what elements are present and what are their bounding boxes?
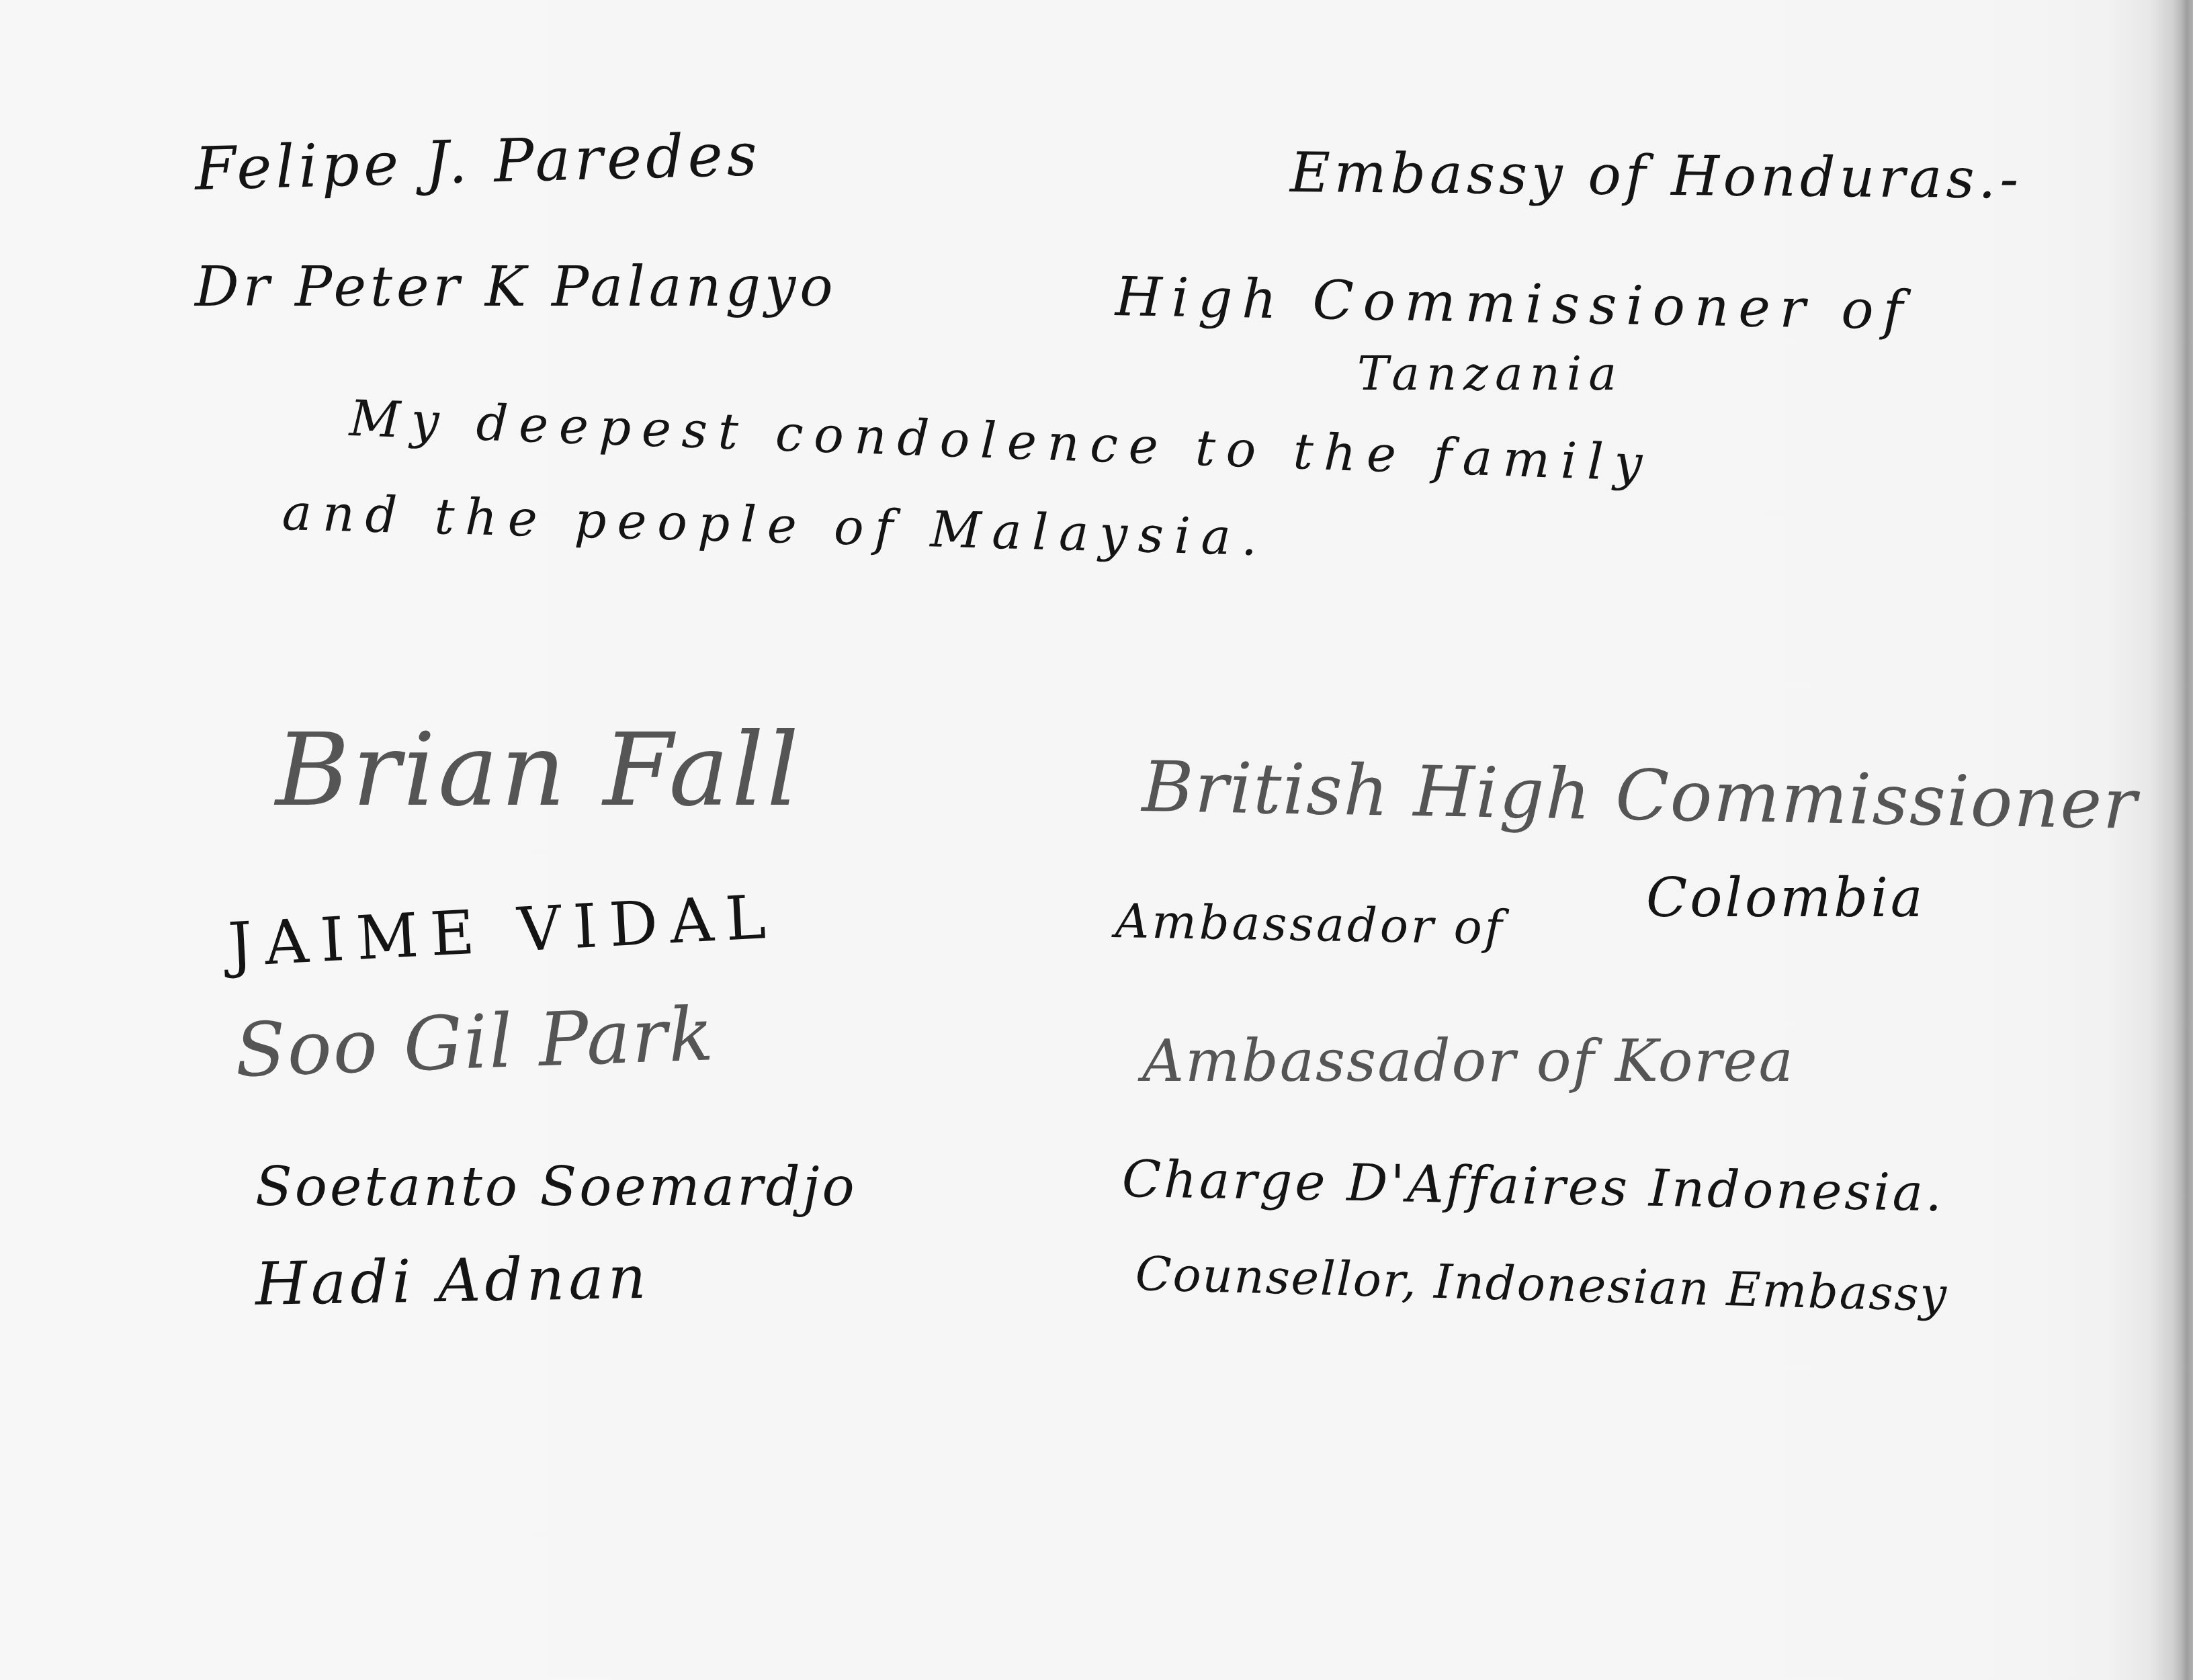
condolence-book-page: Felipe J. Paredes Embassy of Honduras.- … [0, 0, 2193, 1680]
entry-title: Embassy of Honduras.- [1290, 141, 2023, 212]
signature-title-continued: Colombia [1646, 867, 1925, 929]
signature-title: Charge D'Affaires Indonesia. [1121, 1149, 1945, 1223]
entry-name: Dr Peter K Palangyo [195, 255, 837, 319]
page-binding-edge [2173, 0, 2193, 1680]
entry-name: Felipe J. Paredes [194, 120, 762, 204]
entry-title: High Commissioner of [1115, 265, 1913, 342]
signature-name: Soo Gil Park [234, 991, 716, 1094]
signature-title: Counsellor, Indonesian Embassy [1135, 1246, 1948, 1323]
signature-name: Soetanto Soemardjo [255, 1155, 857, 1218]
signature-name: Brian Fall [275, 712, 802, 829]
signature-name: JAIME VIDAL [226, 881, 779, 981]
condolence-message-line-1: My deepest condolence to the family [348, 390, 1653, 493]
signature-title: Ambassador of [1115, 893, 1505, 955]
signature-name: Hadi Adnan [255, 1243, 650, 1319]
signature-title: Ambassador of Korea [1142, 1028, 1795, 1095]
entry-title-continued: Tanzania [1357, 346, 1623, 401]
signature-title: British High Commissioner [1142, 746, 2139, 845]
condolence-message-line-2: and the people of Malaysia. [282, 484, 1268, 567]
